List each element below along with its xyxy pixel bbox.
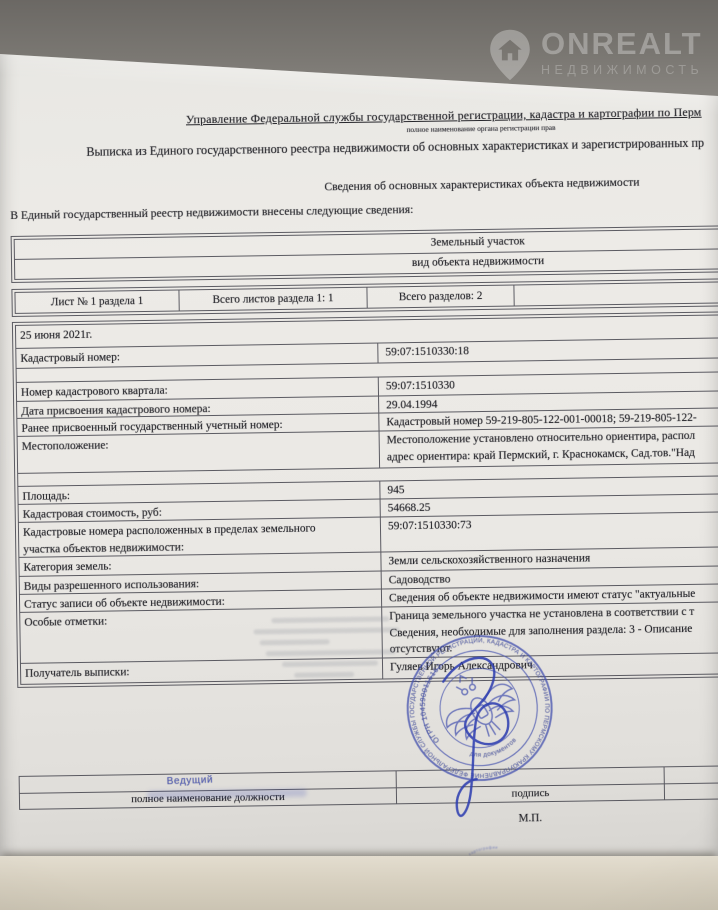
onrealt-tagline-text: НЕДВИЖИМОСТЬ xyxy=(541,63,703,77)
desk-surface xyxy=(0,856,718,910)
paper-sheet: Управление Федеральной службы государств… xyxy=(0,0,718,858)
handwritten-signature xyxy=(415,640,568,837)
signature-block: полное наименование должности подпись Ве… xyxy=(19,762,718,810)
egrn-extract-document: Управление Федеральной службы государств… xyxy=(8,46,718,832)
onrealt-brand-text: ONREALT xyxy=(541,28,703,59)
svg-text:картографии: картографии xyxy=(468,845,499,857)
partial-seal-text: картографии xyxy=(468,845,499,857)
onrealt-wordmark: ONREALT НЕДВИЖИМОСТЬ xyxy=(541,28,703,77)
intro-line: В Единый государственный реестр недвижим… xyxy=(10,195,718,222)
document-photo: ONREALT НЕДВИЖИМОСТЬ Управление Федераль… xyxy=(0,0,718,910)
row-label: Кадастровые номера расположенных в преде… xyxy=(19,518,381,557)
sheet-cell: Всего разделов: 2 xyxy=(367,286,514,308)
handwritten-position: Ведущий xyxy=(167,775,214,788)
sheet-cell: Всего листов раздела 1: 1 xyxy=(179,288,367,311)
row-value: Местоположение установлено относительно … xyxy=(380,423,718,467)
row-label: Местоположение: xyxy=(18,432,380,473)
sheet-cell xyxy=(514,279,718,305)
sheet-cell: Лист № 1 раздела 1 xyxy=(15,290,179,312)
section-title: Сведения об основных характеристиках объ… xyxy=(10,171,718,198)
onrealt-watermark: ONREALT НЕДВИЖИМОСТЬ xyxy=(488,28,703,82)
onrealt-pin-icon xyxy=(488,28,532,82)
object-type-table: Земельный участок вид объекта недвижимос… xyxy=(11,222,718,283)
